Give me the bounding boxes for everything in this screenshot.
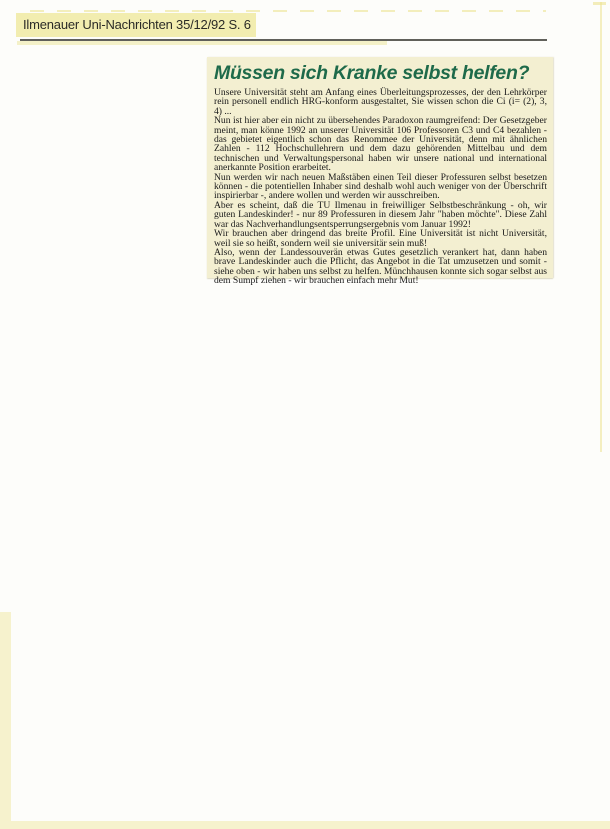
article-paragraph: Nun werden wir nach neuen Maßstäben eine… xyxy=(214,173,547,201)
masthead-title: Ilmenauer Uni-Nachrichten 35/12/92 S. 6 xyxy=(23,17,251,32)
scan-artifact-right-tick xyxy=(593,2,606,5)
article-body: Unsere Universität steht am Anfang eines… xyxy=(214,88,547,286)
scanned-page: Ilmenauer Uni-Nachrichten 35/12/92 S. 6 … xyxy=(0,0,610,829)
article-clipping: Müssen sich Kranke selbst helfen? Unsere… xyxy=(207,57,553,278)
article-paragraph: Also, wenn der Landessouverän etwas Gute… xyxy=(214,248,547,286)
article-paragraph: Wir brauchen aber dringend das breite Pr… xyxy=(214,229,547,248)
under-rule-highlight xyxy=(17,41,387,45)
scan-artifact-right-line xyxy=(600,2,602,452)
backdrop-bottom-strip xyxy=(0,821,610,829)
article-paragraph: Unsere Universität steht am Anfang eines… xyxy=(214,88,547,116)
backdrop-left-strip xyxy=(0,612,11,829)
scan-artifact-top-line xyxy=(30,10,546,12)
article-paragraph: Aber es scheint, daß die TU Ilmenau in f… xyxy=(214,201,547,229)
article-title: Müssen sich Kranke selbst helfen? xyxy=(214,62,549,85)
article-paragraph: Nun ist hier aber ein nicht zu übersehen… xyxy=(214,116,547,172)
